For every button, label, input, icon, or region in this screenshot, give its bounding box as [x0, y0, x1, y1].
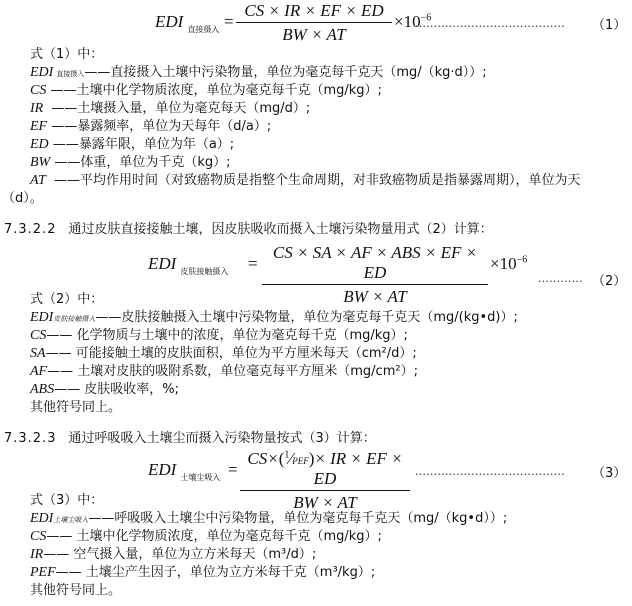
formula-1-fraction-bar: [236, 22, 392, 23]
symbol: SA: [30, 346, 46, 361]
formula-1-subscript: 直接摄入: [187, 25, 219, 34]
formula-3-numerator: CS×(1⁄PEF)× IR × EF × ED: [240, 449, 410, 489]
dash: ——: [46, 346, 76, 361]
formula-3-leader: ........................................: [415, 463, 565, 479]
definition-edi-direct: EDI直接摄入——直接摄入土壤中污染物量，单位为毫克每千克天（mg/（kg·d）…: [30, 64, 487, 83]
dash: ——: [49, 137, 79, 152]
formula-1-lhs: EDI直接摄入: [155, 12, 219, 35]
symbol: EDI: [30, 310, 53, 325]
frac-one: 1: [284, 449, 289, 460]
definition-ir: IR ——土壤摄入量，单位为毫克每天（mg/d）;: [30, 100, 310, 118]
formula-1: EDI直接摄入 = CS × IR × EF × ED BW × AT ×10−…: [0, 0, 632, 46]
dash: ——: [88, 511, 114, 526]
symbol: PEF: [30, 565, 56, 580]
definition-text: 土壤摄入量，单位为毫克每天（mg/d）;: [77, 101, 310, 116]
formula-2-fraction: CS × SA × AF × ABS × EF × ED BW × AT: [262, 243, 488, 307]
symbol: BW: [30, 155, 50, 170]
definition-cs: CS ——土壤中化学物质浓度，单位为毫克每千克（mg/kg）;: [30, 82, 382, 100]
clause-7-3-2-2: 7.3.2.2通过皮肤直接接触土壤，因皮肤吸收而摄入土壤污染物量用式（2）计算：: [4, 218, 493, 237]
formula-3-symbol: EDI: [148, 460, 176, 479]
formula-2-symbol: EDI: [148, 254, 176, 273]
definition-cs-3: CS—— 土壤中化学物质浓度，单位为毫克每千克（mg/kg）;: [30, 528, 382, 546]
definition-edi-dust: EDI土壤尘吸入——呼吸吸入土壤尘中污染物量，单位为毫克每千克天（mg/（kg•…: [30, 510, 507, 529]
formula-2-denominator: BW × AT: [262, 287, 488, 307]
formula-1-equals: =: [224, 12, 234, 32]
clause-7-3-2-3: 7.3.2.3通过呼吸吸入土壤尘而摄入污染物量按式（3）计算：: [4, 427, 376, 446]
frac-pef: PEF: [292, 456, 309, 466]
clause-text: 通过皮肤直接接触土壤，因皮肤吸收而摄入土壤污染物量用式（2）计算：: [68, 222, 492, 237]
clause-number: 7.3.2.3: [4, 431, 56, 446]
definition-ef: EF ——暴露频率，单位为天每年（d/a）;: [30, 118, 271, 136]
section-2-intro: 式（2）中：: [30, 291, 103, 309]
formula-3: EDI土壤尘吸入 = CS×(1⁄PEF)× IR × EF × ED BW ×…: [0, 448, 632, 494]
dash: ——: [46, 83, 76, 98]
formula-2-exponent: −6: [517, 254, 528, 265]
formula-3-lhs: EDI土壤尘吸入: [148, 460, 220, 483]
definition-at-wrap: （d）。: [2, 190, 43, 208]
symbol: AT: [30, 173, 46, 188]
dash: ——: [47, 364, 77, 379]
definition-text: 土壤中化学物质浓度，单位为毫克每千克（mg/kg）;: [76, 529, 381, 544]
section-3-intro: 式（3）中：: [30, 492, 103, 510]
formula-2-multiplier: ×10−6: [490, 254, 527, 274]
symbol: EF: [30, 119, 47, 134]
formula-2-multiplier-base: ×10: [490, 254, 517, 273]
formula-3-fraction: CS×(1⁄PEF)× IR × EF × ED BW × AT: [240, 449, 410, 513]
definition-ir-3: IR—— 空气摄入量，单位为立方米每天（m³/d）;: [30, 546, 316, 564]
formula-2-leader: ............: [538, 270, 583, 286]
symbol: EDI: [30, 65, 53, 80]
formula-3-equals: =: [228, 460, 238, 480]
formula-3-subscript: 土壤尘吸入: [180, 473, 220, 482]
definition-text: 平均作用时间（对致癌物质是指整个生命周期，对非致癌物质是指暴露周期），单位为天: [80, 173, 581, 188]
dash: ——: [56, 565, 86, 580]
dash: ——: [43, 547, 73, 562]
formula-2: EDI皮肤接触摄入 = CS × SA × AF × ABS × EF × ED…: [0, 240, 632, 290]
symbol: CS: [30, 328, 46, 343]
symbol-subscript: 皮肤接触摄入: [53, 315, 95, 323]
formula-1-leader: ........................................: [415, 15, 565, 31]
clause-text: 通过呼吸吸入土壤尘而摄入污染物量按式（3）计算：: [68, 431, 375, 446]
formula-2-fraction-bar: [262, 284, 488, 285]
dash: ——: [95, 310, 121, 325]
symbol: EDI: [30, 511, 53, 526]
definition-text: 空气摄入量，单位为立方米每天（m³/d）;: [73, 547, 316, 562]
definition-text: 皮肤吸收率，%;: [84, 382, 179, 397]
formula-2-numerator: CS × SA × AF × ABS × EF × ED: [262, 243, 488, 283]
dash: ——: [54, 382, 84, 397]
formula-1-symbol: EDI: [155, 12, 183, 31]
definition-text: 土壤中化学物质浓度，单位为毫克每千克（mg/kg）;: [76, 83, 381, 98]
formula-1-denominator: BW × AT: [236, 25, 392, 45]
definition-edi-dermal: EDI皮肤接触摄入——皮肤接触摄入土壤中污染物量，单位为毫克每千克天（mg/(k…: [30, 309, 518, 328]
formula-1-number: （1）: [592, 14, 626, 33]
section-2-outro: 其他符号同上。: [30, 399, 121, 417]
symbol: AF: [30, 364, 47, 379]
symbol: IR: [30, 101, 43, 116]
definition-text: 土壤尘产生因子，单位为立方米每千克（m³/kg）;: [86, 565, 375, 580]
definition-text: 直接摄入土壤中污染物量，单位为毫克每千克天（mg/（kg·d））;: [110, 65, 486, 80]
definition-text: 可能接触土壤的皮肤面积，单位为平方厘米每天（cm²/d）;: [76, 346, 417, 361]
symbol: ABS: [30, 382, 54, 397]
definition-cs-2: CS—— 化学物质与土壤中的浓度，单位为毫克每千克（mg/kg）;: [30, 327, 408, 345]
symbol: CS: [30, 83, 46, 98]
definition-af: AF—— 土壤对皮肤的吸附系数，单位毫克每平方厘米（mg/cm²）;: [30, 363, 418, 381]
formula-2-subscript: 皮肤接触摄入: [180, 267, 228, 276]
definition-text: 暴露频率，单位为天每年（d/a）;: [77, 119, 271, 134]
dash: ——: [47, 101, 77, 116]
formula-2-number: （2）: [592, 270, 626, 289]
symbol: CS: [30, 529, 46, 544]
definition-pef: PEF—— 土壤尘产生因子，单位为立方米每千克（m³/kg）;: [30, 564, 375, 582]
clause-number: 7.3.2.2: [4, 222, 56, 237]
symbol: IR: [30, 547, 43, 562]
formula-3-fraction-bar: [240, 490, 410, 491]
section-3-outro: 其他符号同上。: [30, 582, 121, 600]
definition-text: 体重，单位为千克（kg）;: [80, 155, 230, 170]
numerator-part-b: × IR × EF × ED: [314, 449, 403, 488]
dash: ——: [46, 328, 76, 343]
dash: ——: [46, 529, 76, 544]
section-1-intro: 式（1）中：: [30, 46, 103, 64]
inverse-pef: 1⁄PEF: [284, 449, 308, 468]
definition-text: 化学物质与土壤中的浓度，单位为毫克每千克（mg/kg）;: [76, 328, 407, 343]
formula-3-number: （3）: [592, 462, 626, 481]
definition-abs: ABS—— 皮肤吸收率，%;: [30, 381, 179, 399]
formula-2-lhs: EDI皮肤接触摄入: [148, 254, 228, 277]
formula-1-fraction: CS × IR × EF × ED BW × AT: [236, 1, 296, 45]
definition-text: 土壤对皮肤的吸附系数，单位毫克每平方厘米（mg/cm²）;: [77, 364, 418, 379]
formula-1-numerator: CS × IR × EF × ED: [236, 1, 392, 21]
symbol-subscript: 直接摄入: [56, 70, 84, 78]
definition-text: 皮肤接触摄入土壤中污染物量，单位为毫克每千克天（mg/(kg•d)）;: [121, 310, 518, 325]
definition-at: AT ——平均作用时间（对致癌物质是指整个生命周期，对非致癌物质是指暴露周期），…: [30, 172, 580, 190]
symbol-subscript: 土壤尘吸入: [53, 516, 88, 524]
dash: ——: [84, 65, 110, 80]
dash: ——: [50, 155, 80, 170]
definition-text: 呼吸吸入土壤尘中污染物量，单位为毫克每千克天（mg/（kg•d））;: [114, 511, 507, 526]
definition-ed: ED ——暴露年限，单位为年（a）;: [30, 136, 234, 154]
definition-sa: SA—— 可能接触土壤的皮肤面积，单位为平方厘米每天（cm²/d）;: [30, 345, 417, 363]
symbol: ED: [30, 137, 49, 152]
formula-2-equals: =: [248, 254, 258, 274]
dash: ——: [50, 173, 80, 188]
numerator-part-a: CS×: [247, 449, 278, 468]
dash: ——: [47, 119, 77, 134]
definition-bw: BW ——体重，单位为千克（kg）;: [30, 154, 231, 172]
definition-text: 暴露年限，单位为年（a）;: [79, 137, 234, 152]
